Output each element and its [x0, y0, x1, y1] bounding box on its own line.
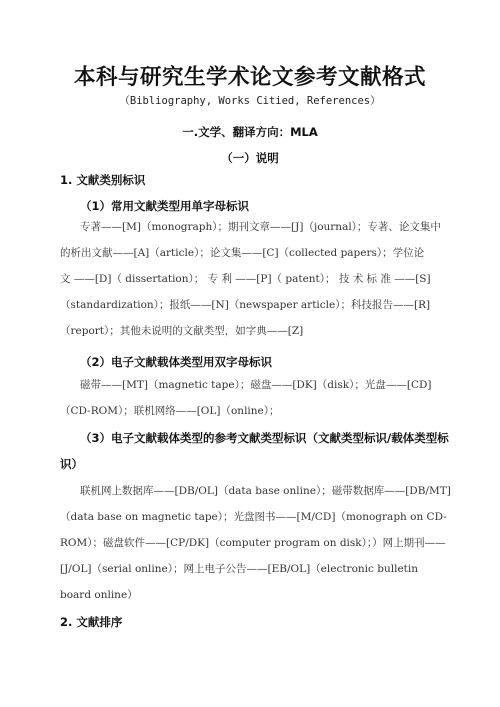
subheading-single-letter: （1）常用文献类型用单字母标识: [80, 198, 249, 214]
heading-document-order: 2. 文献排序: [60, 614, 122, 630]
subheading-double-letter: （2）电子文献载体类型用双字母标识: [80, 354, 272, 370]
paragraph-line: （CD-ROM）；联机网络——[OL]（online）；: [60, 398, 442, 424]
paragraph-line: [J/OL]（serial online）；网上电子公告——[EB/OL]（el…: [60, 556, 442, 582]
heading-document-type-marks: 1. 文献类别标识: [60, 172, 145, 188]
paragraph-line: 磁带——[MT]（magnetic tape）；磁盘——[DK]（disk）；光…: [60, 372, 442, 398]
paragraph-double-letter: 磁带——[MT]（magnetic tape）；磁盘——[DK]（disk）；光…: [60, 372, 442, 424]
section-heading-mla: 一.文学、翻译方向：MLA: [0, 124, 500, 140]
subsection-heading-explain: （一）说明: [0, 150, 500, 166]
document-page: 本科与研究生学术论文参考文献格式 （Bibliography, Works Ci…: [0, 0, 500, 707]
paragraph-line: （data base on magnetic tape）；光盘图书——[M/CD…: [60, 504, 442, 530]
paragraph-line: （standardization）；报纸——[N]（newspaper arti…: [60, 292, 442, 318]
paragraph-line: 的析出文献——[A]（article）；论文集——[C]（collected p…: [60, 240, 442, 266]
paragraph-line: 联机网上数据库——[DB/OL]（data base online）；磁带数据库…: [60, 478, 442, 504]
paragraph-line: 文 ——[D]（ dissertation）； 专 利 ——[P]（ paten…: [60, 266, 442, 292]
document-subtitle: （Bibliography, Works Citied, References）: [0, 93, 500, 108]
paragraph-line: （report）；其他未说明的文献类型，如字典——[Z]: [60, 318, 442, 344]
paragraph-electronic-reference: 联机网上数据库——[DB/OL]（data base online）；磁带数据库…: [60, 478, 442, 608]
heading-line: （3）电子文献载体类型的参考文献类型标识（文献类型标识/载体类型标: [60, 425, 442, 451]
paragraph-line: board online）: [60, 582, 442, 608]
paragraph-single-letter: 专著——[M]（monograph）；期刊文章——[J]（journal）；专著…: [60, 214, 442, 344]
paragraph-line: ROM）；磁盘软件——[CP/DK]（computer program on d…: [60, 530, 442, 556]
heading-line: 识）: [60, 451, 442, 477]
paragraph-line: 专著——[M]（monograph）；期刊文章——[J]（journal）；专著…: [60, 214, 442, 240]
document-title: 本科与研究生学术论文参考文献格式: [0, 60, 500, 91]
subheading-electronic-reference: （3）电子文献载体类型的参考文献类型标识（文献类型标识/载体类型标 识）: [60, 425, 442, 477]
